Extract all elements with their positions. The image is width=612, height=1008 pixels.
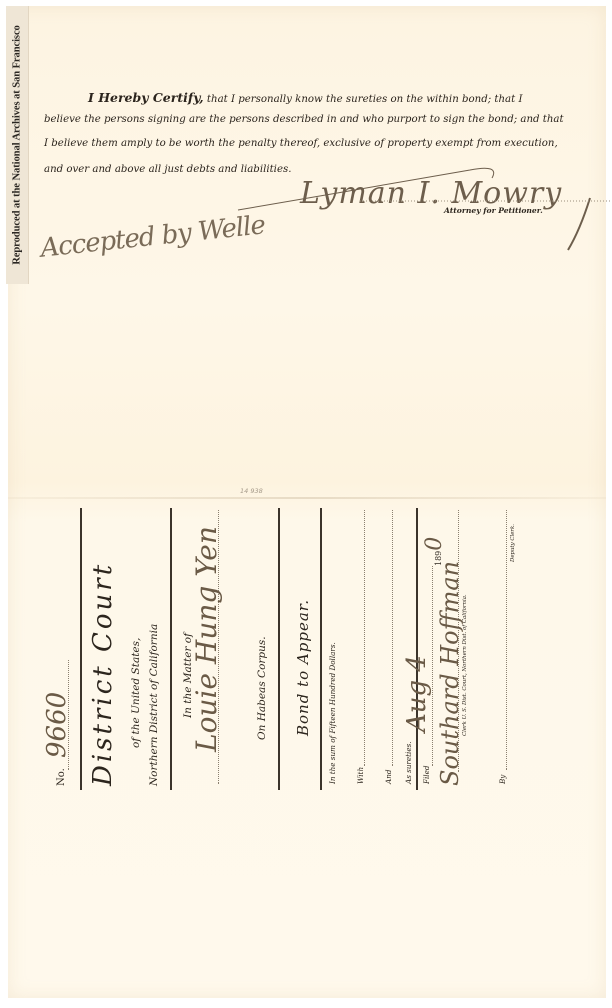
docket-number-handwritten: 9660 <box>42 692 72 758</box>
rule <box>320 508 322 790</box>
matter-name-handwritten: Louie Hung Yen <box>190 526 223 752</box>
sureties-label: As sureties. <box>404 494 413 784</box>
signature-flourish <box>230 160 610 260</box>
cert-line-3: I believe them amply to be worth the pen… <box>44 138 558 149</box>
by-line <box>506 510 507 770</box>
sum-text: In the sum of Fifteen Hundred Dollars. <box>328 494 337 784</box>
with-line <box>364 510 365 766</box>
clerk-line <box>458 510 459 772</box>
docket-panel: No. 9660 District Court of the United St… <box>52 502 532 792</box>
bond-title: Bond to Appear. <box>294 446 312 736</box>
deputy-caption: Deputy Clerk. <box>510 272 516 562</box>
clerk-signature: Southard Hoffman <box>436 561 464 786</box>
filed-date-handwritten: Aug 4 <box>402 655 432 732</box>
filed-year-prefix: 1890 <box>422 276 447 566</box>
attorney-caption: Attorney for Petitioner. <box>444 206 543 215</box>
filed-year-handwritten: 0 <box>422 537 447 551</box>
rule <box>170 508 172 790</box>
court-subtitle-1: of the United States, <box>130 458 142 748</box>
court-subtitle-2: Northern District of California <box>148 496 160 786</box>
archive-stamp: Reproduced at the National Archives at S… <box>12 25 23 265</box>
cert-line-1: I Hereby Certify, that I personally know… <box>88 90 522 105</box>
cert-line-2: believe the persons signing are the pers… <box>44 114 564 125</box>
court-title: District Court <box>88 496 118 786</box>
rule <box>80 508 82 790</box>
clerk-caption: Clerk U. S. Dist. Court, Northern Dist. … <box>462 446 468 736</box>
and-line <box>392 510 393 766</box>
filed-line <box>432 566 433 766</box>
rule <box>416 508 418 790</box>
rule <box>278 508 280 790</box>
number-label: No. <box>56 768 67 786</box>
cert-lead: I Hereby Certify, <box>88 90 204 105</box>
writ-label: On Habeas Corpus. <box>256 450 268 740</box>
